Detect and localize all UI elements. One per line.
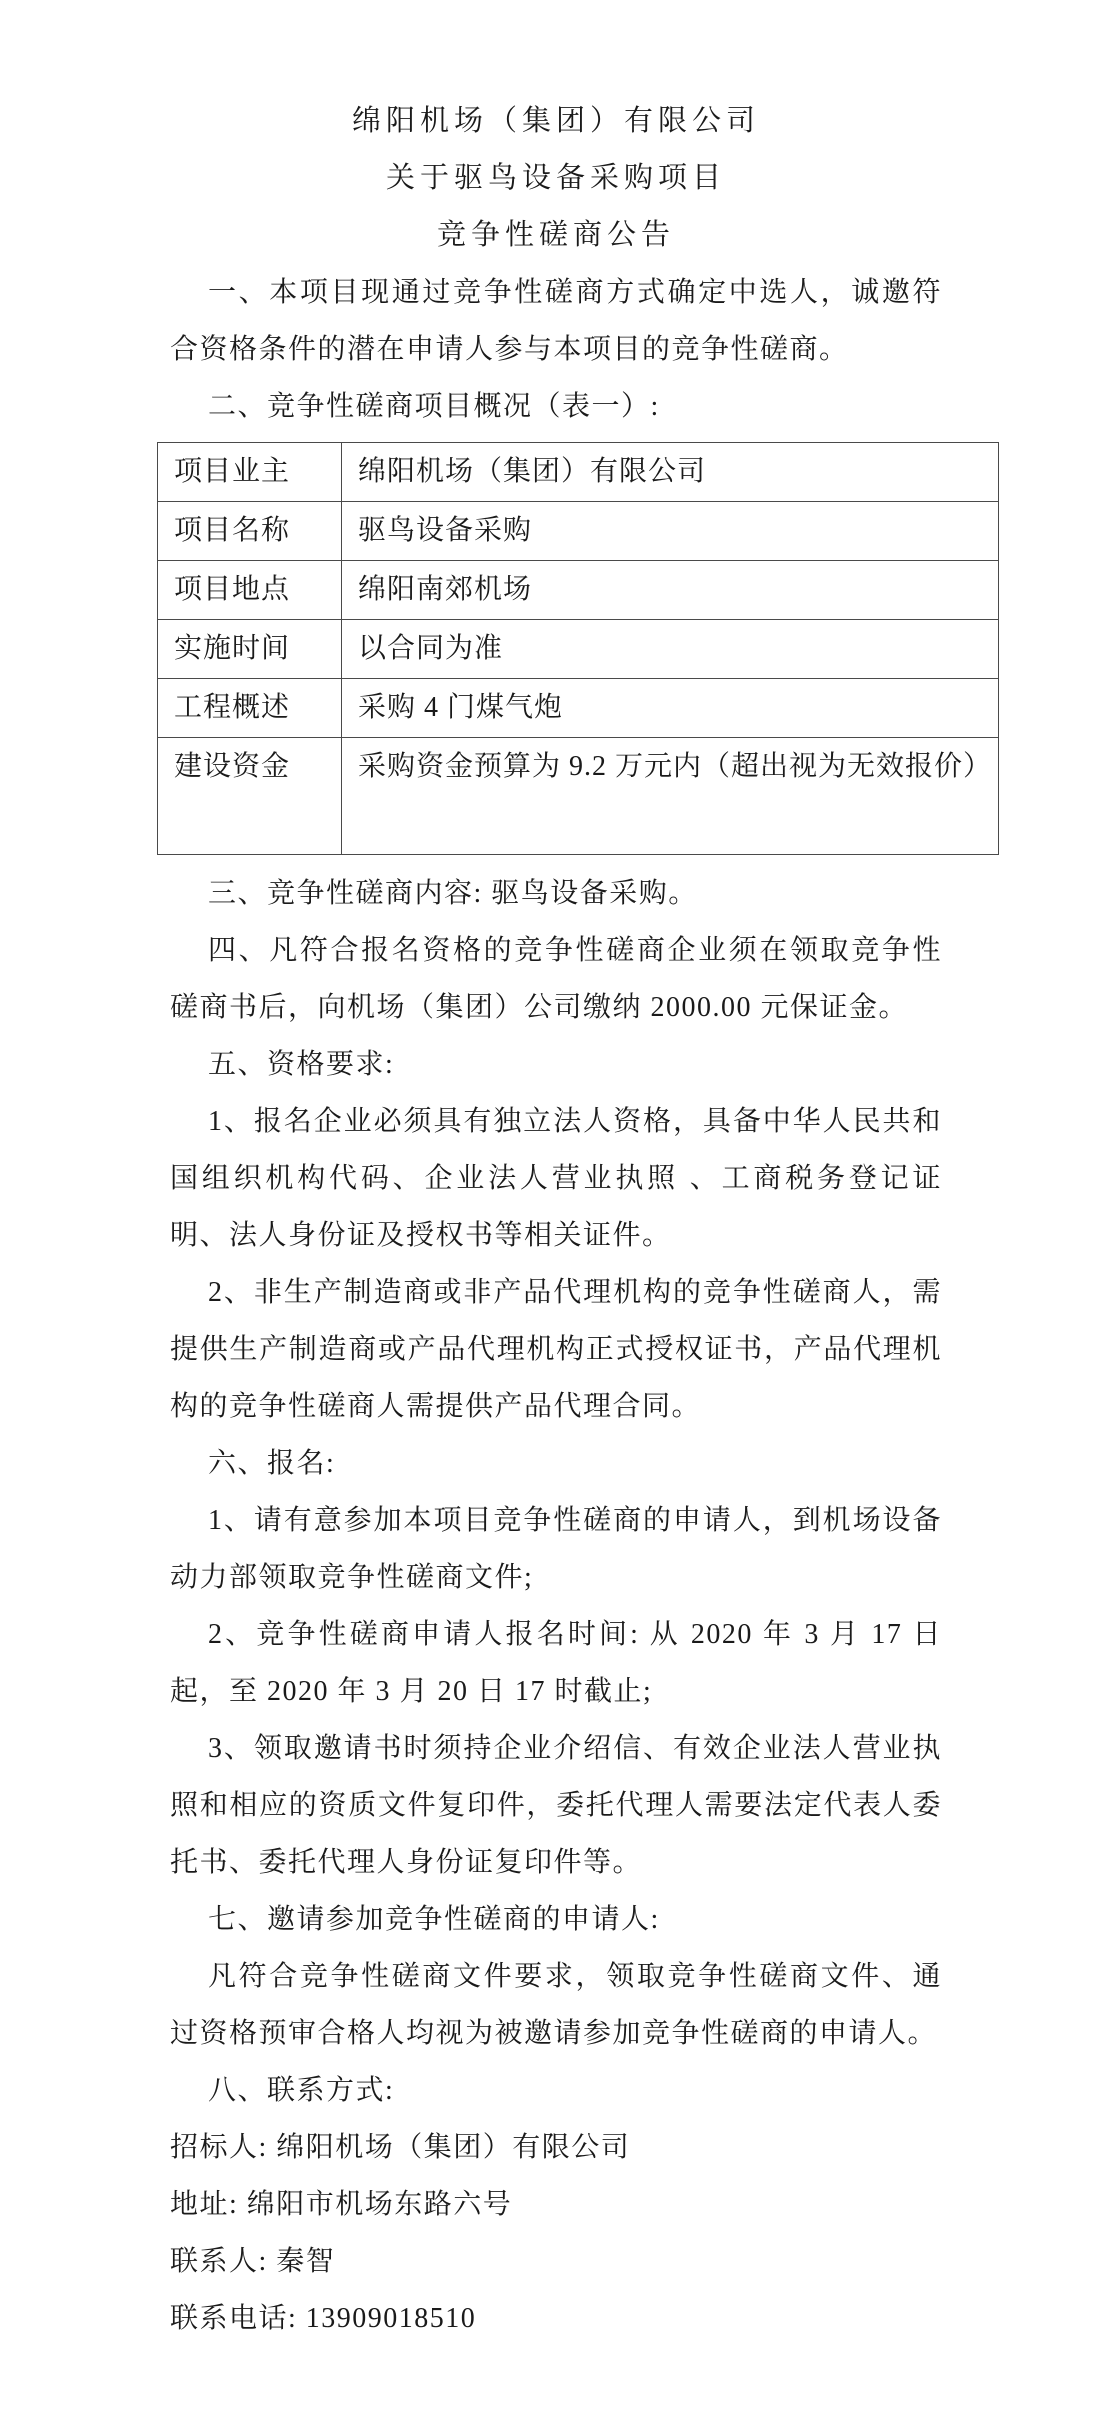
contact-phone-line: 联系电话: 13909018510 (170, 2290, 942, 2347)
table-row-project-name: 项目名称 驱鸟设备采购 (158, 502, 999, 561)
paragraph-qualification-item-1: 1、报名企业必须具有独立法人资格，具备中华人民共和国组织机构代码、企业法人营业执… (170, 1093, 942, 1264)
table-row-schedule: 实施时间 以合同为准 (158, 620, 999, 679)
paragraph-section-1: 一、本项目现通过竞争性磋商方式确定中选人，诚邀符合资格条件的潜在申请人参与本项目… (170, 264, 942, 378)
row-label: 建设资金 (158, 738, 342, 855)
row-value: 采购资金预算为 9.2 万元内（超出视为无效报价） (342, 738, 999, 855)
table-row-scope: 工程概述 采购 4 门煤气炮 (158, 679, 999, 738)
row-value: 绵阳南郊机场 (342, 561, 999, 620)
paragraph-qualification-item-2: 2、非生产制造商或非产品代理机构的竞争性磋商人，需提供生产制造商或产品代理机构正… (170, 1264, 942, 1435)
table-row-budget: 建设资金 采购资金预算为 9.2 万元内（超出视为无效报价） (158, 738, 999, 855)
table-row-owner: 项目业主 绵阳机场（集团）有限公司 (158, 443, 999, 502)
paragraph-section-4: 四、凡符合报名资格的竞争性磋商企业须在领取竞争性磋商书后，向机场（集团）公司缴纳… (170, 922, 942, 1036)
paragraph-invitation-note: 凡符合竞争性磋商文件要求，领取竞争性磋商文件、通过资格预审合格人均视为被邀请参加… (170, 1948, 942, 2062)
document-title-project: 关于驱鸟设备采购项目 (170, 150, 942, 207)
project-overview-table: 项目业主 绵阳机场（集团）有限公司 项目名称 驱鸟设备采购 项目地点 绵阳南郊机… (157, 442, 999, 855)
document-title-notice-type: 竞争性磋商公告 (170, 207, 942, 264)
paragraph-section-2: 二、竞争性磋商项目概况（表一）: (170, 378, 942, 435)
row-value: 采购 4 门煤气炮 (342, 679, 999, 738)
row-label: 项目业主 (158, 443, 342, 502)
row-label: 项目地点 (158, 561, 342, 620)
paragraph-section-6: 六、报名: (170, 1435, 942, 1492)
paragraph-section-5: 五、资格要求: (170, 1036, 942, 1093)
row-value: 驱鸟设备采购 (342, 502, 999, 561)
document-content: 绵阳机场（集团）有限公司 关于驱鸟设备采购项目 竞争性磋商公告 一、本项目现通过… (170, 0, 942, 2347)
document-title-company: 绵阳机场（集团）有限公司 (170, 93, 942, 150)
document-page: 绵阳机场（集团）有限公司 关于驱鸟设备采购项目 竞争性磋商公告 一、本项目现通过… (0, 0, 1100, 2431)
paragraph-registration-item-3: 3、领取邀请书时须持企业介绍信、有效企业法人营业执照和相应的资质文件复印件，委托… (170, 1720, 942, 1891)
contact-tenderer-line: 招标人: 绵阳机场（集团）有限公司 (170, 2119, 942, 2176)
row-value: 以合同为准 (342, 620, 999, 679)
row-value: 绵阳机场（集团）有限公司 (342, 443, 999, 502)
paragraph-registration-item-2: 2、竞争性磋商申请人报名时间: 从 2020 年 3 月 17 日起，至 202… (170, 1606, 942, 1720)
paragraph-section-8: 八、联系方式: (170, 2062, 942, 2119)
row-label: 实施时间 (158, 620, 342, 679)
table-row-location: 项目地点 绵阳南郊机场 (158, 561, 999, 620)
row-label: 项目名称 (158, 502, 342, 561)
row-label: 工程概述 (158, 679, 342, 738)
paragraph-registration-item-1: 1、请有意参加本项目竞争性磋商的申请人，到机场设备动力部领取竞争性磋商文件; (170, 1492, 942, 1606)
contact-person-line: 联系人: 秦智 (170, 2233, 942, 2290)
paragraph-section-7: 七、邀请参加竞争性磋商的申请人: (170, 1891, 942, 1948)
contact-address-line: 地址: 绵阳市机场东路六号 (170, 2176, 942, 2233)
paragraph-section-3: 三、竞争性磋商内容: 驱鸟设备采购。 (170, 865, 942, 922)
